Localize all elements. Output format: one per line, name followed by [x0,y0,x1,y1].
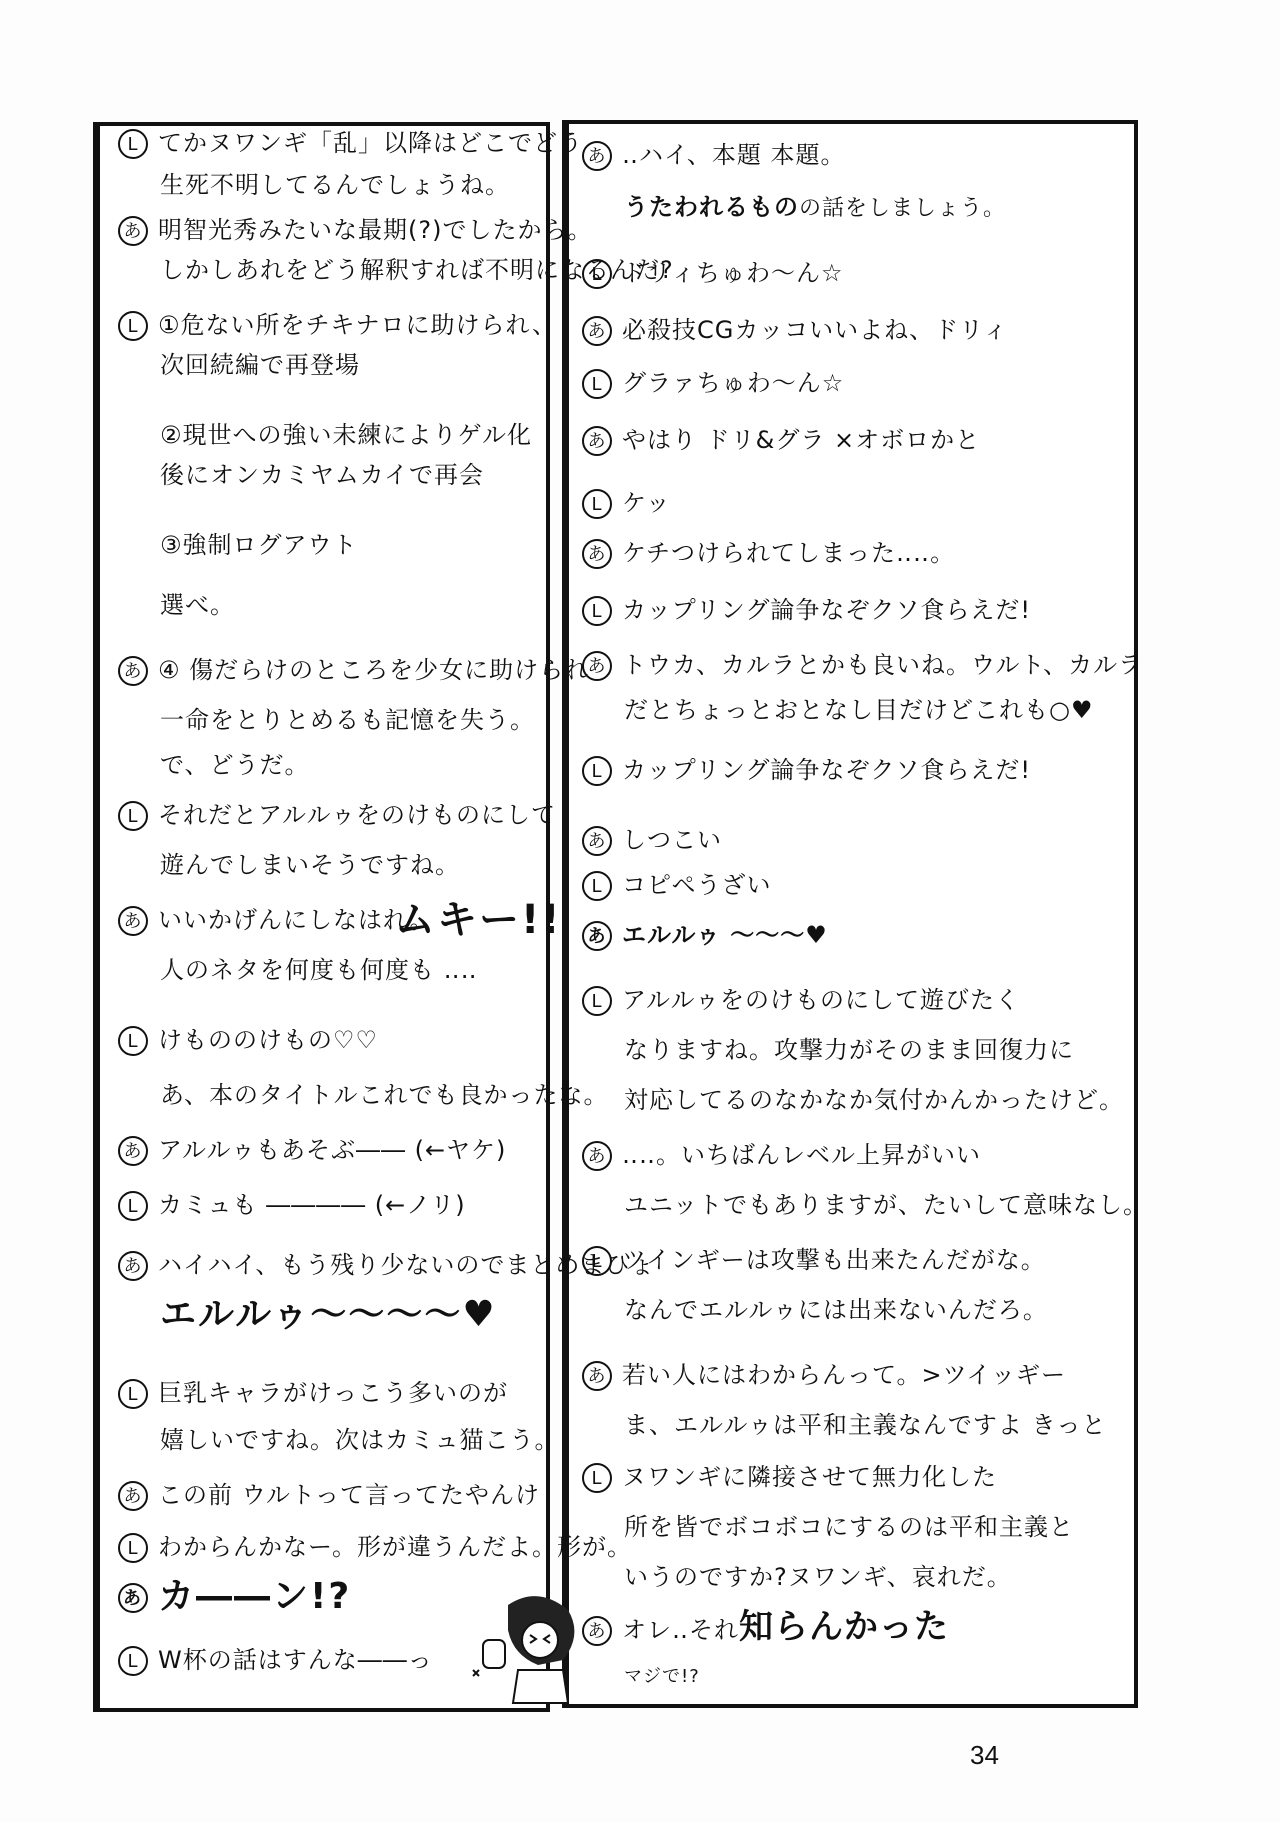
dialogue-text: なんでエルルゥには出来ないんだろ。 [624,1296,1048,1324]
dialogue-line: Lカミュも ―――― (←ノリ) [118,1190,466,1221]
dialogue-text: いうのですか?ヌワンギ、哀れだ。 [624,1563,1012,1591]
dialogue-text: 巨乳キャラがけっこう多いのが [158,1379,508,1407]
dialogue-text: わからんかなー。形が違うんだよ。形が。 [158,1533,632,1561]
dialogue-text: エルルゥ〜〜〜〜♥ [160,1294,497,1335]
speaker-badge-l: L [582,596,612,626]
dialogue-line: あ④ 傷だらけのところを少女に助けられ [118,655,589,686]
dialogue-line: Lてかヌワンギ「乱」以降はどこでどう [118,128,583,159]
dialogue-line: L巨乳キャラがけっこう多いのが [118,1378,508,1409]
dialogue-line: ユニットでもありますが、たいして意味なし。 [624,1190,1148,1220]
dialogue-text: それだとアルルゥをのけものにして [158,801,556,829]
dialogue-line: LW杯の話はすんな――っ [118,1645,433,1676]
dialogue-text: コピペうざい [622,871,772,899]
dialogue-text: 所を皆でボコボコにするのは平和主義と [624,1513,1074,1541]
dialogue-line: いうのですか?ヌワンギ、哀れだ。 [624,1562,1012,1592]
dialogue-line: 人のネタを何度も何度も ‥‥ [160,955,478,985]
dialogue-line: Lカップリング論争なぞクソ食らえだ! [582,595,1031,626]
dialogue-text: ①危ない所をチキナロに助けられ、 [158,311,557,339]
dialogue-line: あエルルゥ 〜〜〜♥ [582,920,828,951]
dialogue-text: ‥ハイ、本題 本題。 [622,141,846,169]
dialogue-line: あ‥ハイ、本題 本題。 [582,140,846,171]
dialogue-line: Lケッ [582,488,671,519]
dialogue-line: Lツインギーは攻撃も出来たんだがな。 [582,1245,1046,1276]
dialogue-text: ④ 傷だらけのところを少女に助けられ [158,656,589,684]
dialogue-line: Lヌワンギに隣接させて無力化した [582,1462,997,1493]
dialogue-text: あ、本のタイトルこれでも良かったな。 [160,1081,609,1109]
speaker-badge-a: あ [582,1361,612,1391]
dialogue-text: 明智光秀みたいな最期(?)でしたから。 [158,216,592,244]
dialogue-line: 所を皆でボコボコにするのは平和主義と [624,1512,1074,1542]
speaker-badge-l: L [582,489,612,519]
dialogue-line: 遊んでしまいそうですね。 [160,850,460,880]
dialogue-text: てかヌワンギ「乱」以降はどこでどう [158,129,583,157]
dialogue-text: W杯の話はすんな――っ [158,1646,433,1674]
dialogue-text: 対応してるのなかなか気付かんかったけど。 [624,1086,1124,1114]
dialogue-line: L①危ない所をチキナロに助けられ、 [118,310,557,341]
dialogue-text: カップリング論争なぞクソ食らえだ! [622,596,1031,624]
dialogue-text: アルルゥをのけものにして遊びたく [622,986,1020,1014]
dialogue-text: 次回続編で再登場 [160,351,360,379]
dialogue-text-suffix: 知らんかった [739,1607,949,1647]
dialogue-line: あいいかげんにしなはれ。 [118,905,434,936]
dialogue-line: Lグラァちゅわ〜ん☆ [582,368,844,399]
dialogue-line: 一命をとりとめるも記憶を失う。 [160,705,535,735]
speaker-badge-l: L [582,369,612,399]
speaker-badge-a: あ [118,1583,148,1613]
dialogue-line: あトウカ、カルラとかも良いね。ウルト、カルラ [582,650,1143,681]
dialogue-text: ‥‥。いちばんレベル上昇がいい [622,1141,981,1169]
dialogue-line: あしつこい [582,825,722,856]
speaker-badge-l: L [118,1026,148,1056]
speaker-badge-l: L [582,259,612,289]
dialogue-text: ドリィちゅわ〜ん☆ [622,259,844,287]
dialogue-text: いいかげんにしなはれ。 [158,906,434,934]
dialogue-text: ヌワンギに隣接させて無力化した [622,1463,997,1491]
speaker-badge-a: あ [118,656,148,686]
speaker-badge-l: L [118,1646,148,1676]
dialogue-text: ケッ [622,489,671,517]
dialogue-text-suffix: の話をしましょう。 [799,196,1006,221]
dialogue-text: ②現世への強い未練によりゲル化 [160,421,532,449]
speaker-badge-a: あ [118,1251,148,1281]
dialogue-text: カ――ン!? [158,1576,351,1617]
speaker-badge-a: あ [118,906,148,936]
speaker-badge-a: あ [582,539,612,569]
dialogue-text: アルルゥもあそぶ―― (←ヤケ) [158,1136,506,1164]
dialogue-line: Lドリィちゅわ〜ん☆ [582,258,844,289]
dialogue-line: Lカップリング論争なぞクソ食らえだ! [582,755,1031,786]
dialogue-text: 若い人にはわからんって。>ツイッギー [622,1361,1066,1389]
page-number: 34 [970,1740,999,1771]
dialogue-text: なりますね。攻撃力がそのまま回復力に [624,1036,1074,1064]
dialogue-text: 後にオンカミヤムカイで再会 [160,461,484,489]
dialogue-line: ②現世への強い未練によりゲル化 [160,420,532,450]
speaker-badge-l: L [118,1533,148,1563]
dialogue-text: で、どうだ。 [160,751,310,779]
dialogue-text: オレ‥それ [622,1616,739,1644]
speaker-badge-a: あ [582,141,612,171]
speaker-badge-l: L [118,1191,148,1221]
speaker-badge-l: L [582,871,612,901]
mukii-exclamation: ムキー!! [395,905,561,935]
dialogue-line: あ‥‥。いちばんレベル上昇がいい [582,1140,981,1171]
speaker-badge-l: L [118,311,148,341]
dialogue-text: やはり ドリ&グラ ×オボロかと [622,426,980,454]
dialogue-line: あ必殺技CGカッコいいよね、ドリィ [582,315,1008,346]
speaker-badge-l: L [118,801,148,831]
dialogue-line: うたわれるものの話をしましょう。 [624,192,1006,224]
dialogue-text: ツインギーは攻撃も出来たんだがな。 [622,1246,1046,1274]
speaker-badge-a: あ [118,1136,148,1166]
dialogue-text: 嬉しいですね。次はカミュ猫こう。 [160,1426,560,1454]
dialogue-line: 生死不明してるんでしょうね。 [160,170,510,200]
dialogue-line: マジで!? [624,1662,700,1692]
dialogue-text: エルルゥ 〜〜〜♥ [622,921,828,949]
speaker-badge-a: あ [582,826,612,856]
dialogue-text: 選べ。 [160,591,235,619]
speaker-badge-a: あ [118,1481,148,1511]
dialogue-line: あオレ‥それ知らんかった [582,1612,949,1646]
dialogue-line: Lけもののけもの♡♡ [118,1025,378,1056]
dialogue-line: あこの前 ウルトって言ってたやんけ [118,1480,540,1511]
dialogue-text: 必殺技CGカッコいいよね、ドリィ [622,316,1008,344]
dialogue-line: あ明智光秀みたいな最期(?)でしたから。 [118,215,592,246]
speaker-badge-a: あ [582,1141,612,1171]
dialogue-text: ケチつけられてしまった‥‥。 [622,539,955,567]
speaker-badge-l: L [582,1246,612,1276]
speaker-badge-a: あ [582,921,612,951]
dialogue-text: ま、エルルゥは平和主義なんですよ きっと [624,1411,1107,1439]
dialogue-line: あケチつけられてしまった‥‥。 [582,538,955,569]
dialogue-line: あカ――ン!? [118,1582,351,1613]
dialogue-line: ③強制ログアウト [160,530,358,560]
dialogue-line: あ若い人にはわからんって。>ツイッギー [582,1360,1066,1391]
dialogue-line: あアルルゥもあそぶ―― (←ヤケ) [118,1135,506,1166]
dialogue-text: カップリング論争なぞクソ食らえだ! [622,756,1031,784]
speaker-badge-a: あ [582,651,612,681]
dialogue-text: 人のネタを何度も何度も ‥‥ [160,956,478,984]
dialogue-line: 対応してるのなかなか気付かんかったけど。 [624,1085,1124,1115]
chibi-character-drawing [468,1585,588,1705]
dialogue-line: 嬉しいですね。次はカミュ猫こう。 [160,1425,560,1455]
dialogue-text: 生死不明してるんでしょうね。 [160,171,510,199]
dialogue-line: あ、本のタイトルこれでも良かったな。 [160,1080,609,1110]
dialogue-line: 後にオンカミヤムカイで再会 [160,460,484,490]
speaker-badge-l: L [118,129,148,159]
dialogue-text: だとちょっとおとなし目だけどこれも○♥ [624,696,1093,724]
dialogue-text: 一命をとりとめるも記憶を失う。 [160,706,535,734]
dialogue-line: 選べ。 [160,590,235,620]
speaker-badge-a: あ [582,426,612,456]
dialogue-text: ユニットでもありますが、たいして意味なし。 [624,1191,1148,1219]
dialogue-text: カミュも ―――― (←ノリ) [158,1191,466,1219]
speaker-badge-l: L [582,986,612,1016]
dialogue-line: だとちょっとおとなし目だけどこれも○♥ [624,695,1093,725]
dialogue-text: しつこい [622,826,722,854]
dialogue-line: あハイハイ、もう残り少ないのでまとめまひょ [118,1250,655,1281]
dialogue-line: なりますね。攻撃力がそのまま回復力に [624,1035,1074,1065]
dialogue-text: ③強制ログアウト [160,531,358,559]
dialogue-line: Lアルルゥをのけものにして遊びたく [582,985,1020,1016]
dialogue-line: あやはり ドリ&グラ ×オボロかと [582,425,980,456]
speaker-badge-a: あ [582,316,612,346]
dialogue-line: で、どうだ。 [160,750,310,780]
dialogue-text: 遊んでしまいそうですね。 [160,851,460,879]
dialogue-line: 次回続編で再登場 [160,350,360,380]
dialogue-text: ハイハイ、もう残り少ないのでまとめまひょ [158,1251,655,1279]
dialogue-text: マジで!? [624,1666,700,1687]
dialogue-text: グラァちゅわ〜ん☆ [622,369,844,397]
dialogue-text: うたわれるもの [624,193,799,221]
speaker-badge-l: L [118,1379,148,1409]
speaker-badge-a: あ [118,216,148,246]
dialogue-line: Lわからんかなー。形が違うんだよ。形が。 [118,1532,632,1563]
dialogue-text: トウカ、カルラとかも良いね。ウルト、カルラ [622,651,1143,679]
dialogue-text: この前 ウルトって言ってたやんけ [158,1481,540,1509]
dialogue-line: エルルゥ〜〜〜〜♥ [160,1300,497,1330]
dialogue-line: Lコピペうざい [582,870,772,901]
dialogue-text: けもののけもの♡♡ [158,1026,378,1054]
speaker-badge-l: L [582,756,612,786]
speaker-badge-l: L [582,1463,612,1493]
dialogue-line: なんでエルルゥには出来ないんだろ。 [624,1295,1048,1325]
dialogue-line: ま、エルルゥは平和主義なんですよ きっと [624,1410,1107,1440]
dialogue-line: Lそれだとアルルゥをのけものにして [118,800,556,831]
